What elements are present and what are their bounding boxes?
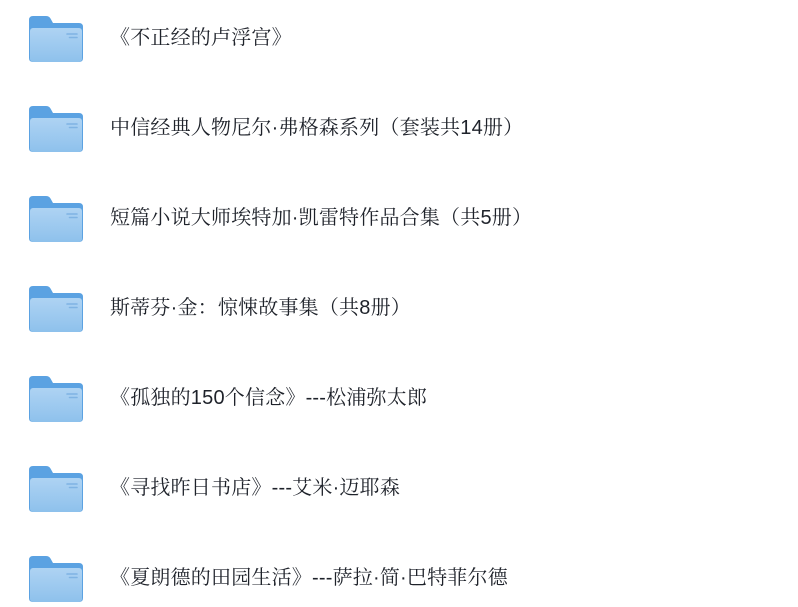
folder-icon — [27, 282, 85, 334]
folder-icon — [27, 12, 85, 64]
folder-row[interactable]: 《不正经的卢浮宫》 — [27, 8, 798, 68]
folder-icon — [27, 372, 85, 424]
folder-icon — [27, 102, 85, 154]
folder-row[interactable]: 斯蒂芬·金：惊悚故事集（共8册） — [27, 278, 798, 338]
folder-row[interactable]: 《夏朗德的田园生活》---萨拉·简·巴特菲尔德 — [27, 548, 798, 607]
folder-list: 《不正经的卢浮宫》 中信经典人物尼尔·弗格森系列（套装共14册） 短篇小 — [0, 0, 798, 607]
folder-icon — [27, 552, 85, 604]
folder-row[interactable]: 《寻找昨日书店》---艾米·迈耶森 — [27, 458, 798, 518]
folder-row[interactable]: 《孤独的150个信念》---松浦弥太郎 — [27, 368, 798, 428]
folder-label[interactable]: 短篇小说大师埃特加·凯雷特作品合集（共5册） — [110, 208, 532, 228]
folder-icon — [27, 192, 85, 244]
folder-listing-screen: 《不正经的卢浮宫》 中信经典人物尼尔·弗格森系列（套装共14册） 短篇小 — [0, 0, 798, 607]
folder-label[interactable]: 《寻找昨日书店》---艾米·迈耶森 — [110, 478, 400, 498]
folder-icon — [27, 462, 85, 514]
folder-label[interactable]: 《孤独的150个信念》---松浦弥太郎 — [110, 388, 427, 408]
folder-label[interactable]: 中信经典人物尼尔·弗格森系列（套装共14册） — [110, 118, 523, 138]
folder-label[interactable]: 斯蒂芬·金：惊悚故事集（共8册） — [110, 298, 411, 318]
folder-label[interactable]: 《夏朗德的田园生活》---萨拉·简·巴特菲尔德 — [110, 568, 508, 588]
folder-row[interactable]: 短篇小说大师埃特加·凯雷特作品合集（共5册） — [27, 188, 798, 248]
folder-row[interactable]: 中信经典人物尼尔·弗格森系列（套装共14册） — [27, 98, 798, 158]
folder-label[interactable]: 《不正经的卢浮宫》 — [110, 28, 292, 48]
